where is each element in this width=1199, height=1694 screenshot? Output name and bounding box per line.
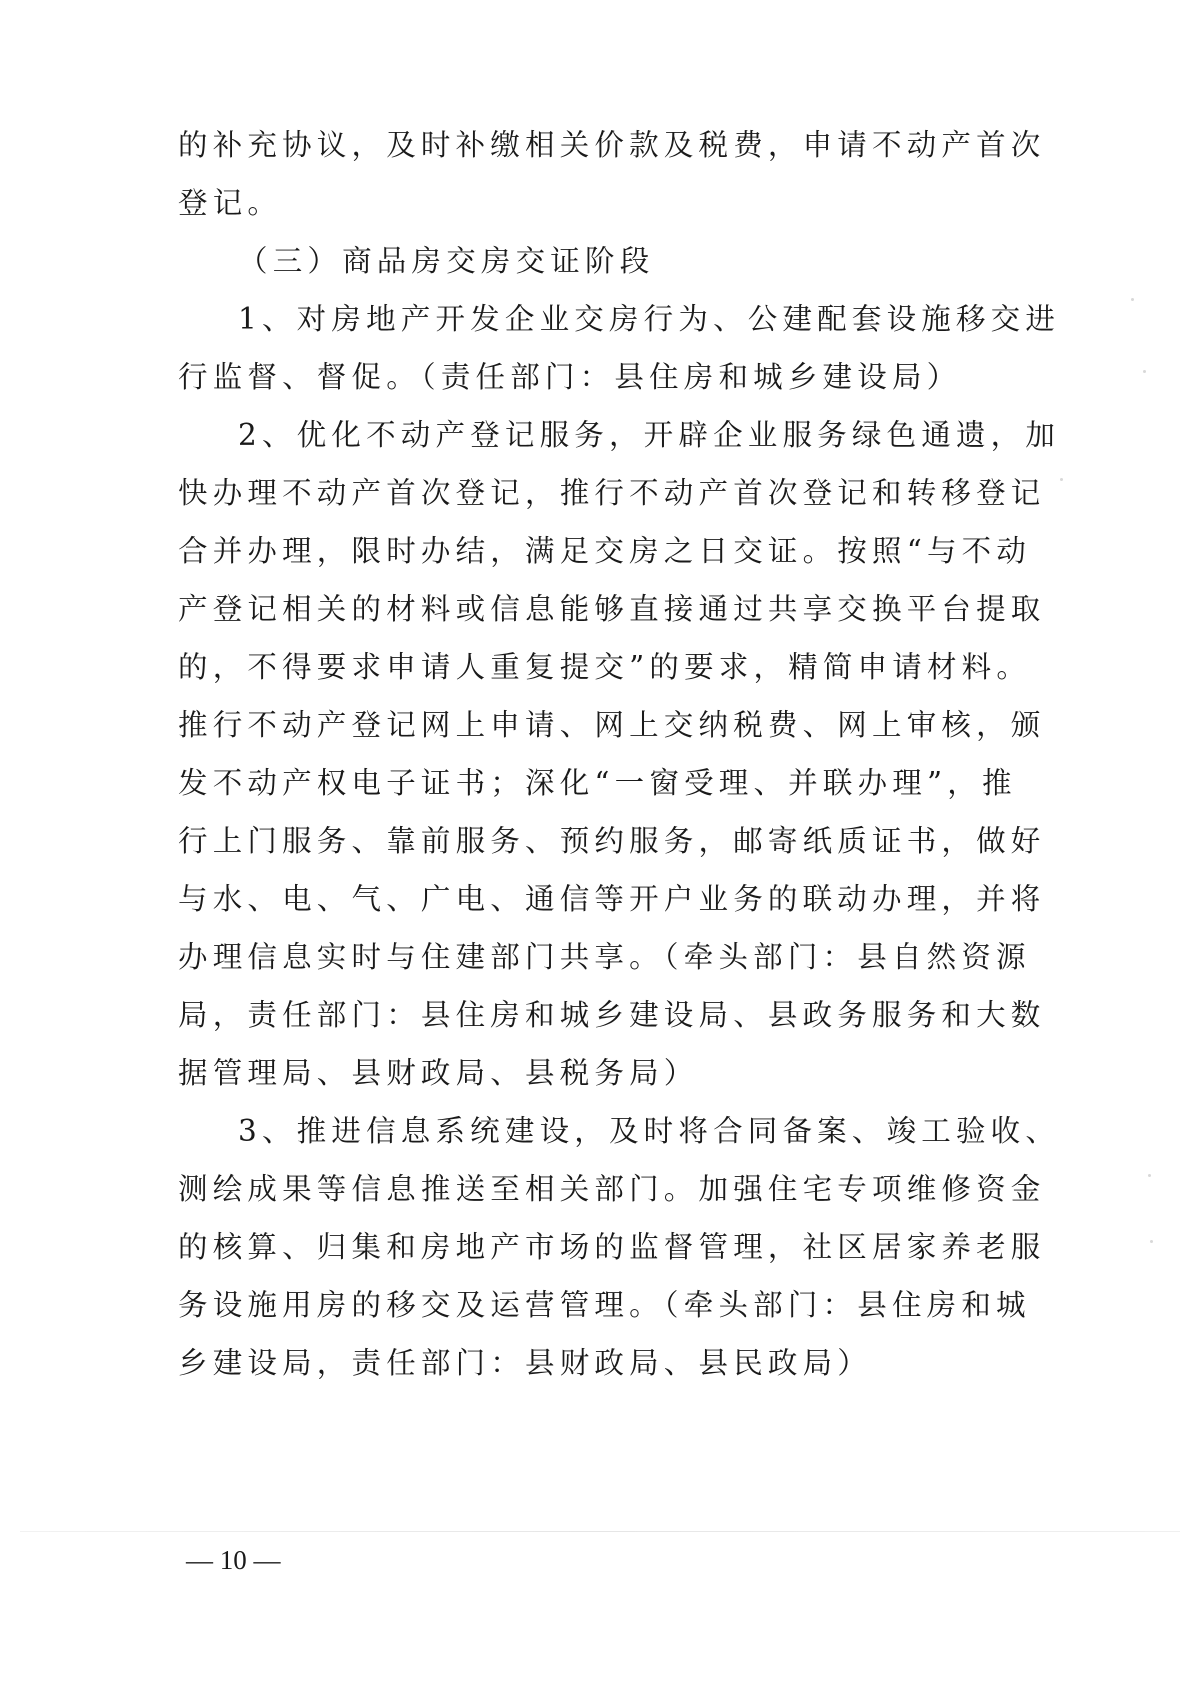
item-3-line-1: 3、推进信息系统建设，及时将合同备案、竣工验收、 bbox=[238, 1111, 1060, 1151]
scan-speck bbox=[1143, 370, 1146, 373]
scan-speck bbox=[1131, 298, 1134, 301]
page-number: — 10 — bbox=[186, 1543, 281, 1577]
section-heading-3: （三）商品房交房交证阶段 bbox=[238, 241, 654, 281]
text-line-1: 的补充协议，及时补缴相关价款及税费，申请不动产首次 bbox=[178, 125, 1046, 165]
item-3-line-5: 乡建设局，责任部门：县财政局、县民政局） bbox=[178, 1343, 872, 1383]
item-2-line-10: 办理信息实时与住建部门共享。（牵头部门：县自然资源 bbox=[178, 937, 1031, 977]
page-break-rule bbox=[20, 1531, 1180, 1532]
item-3-line-3: 的核算、归集和房地产市场的监督管理，社区居家养老服 bbox=[178, 1227, 1046, 1267]
item-2-line-2: 快办理不动产首次登记，推行不动产首次登记和转移登记 bbox=[178, 473, 1046, 513]
item-2-line-1: 2、优化不动产登记服务，开辟企业服务绿色通遗，加 bbox=[238, 415, 1060, 455]
item-2-line-4: 产登记相关的材料或信息能够直接通过共享交换平台提取 bbox=[178, 589, 1046, 629]
item-2-line-6: 推行不动产登记网上申请、网上交纳税费、网上审核，颁 bbox=[178, 705, 1046, 745]
item-2-line-3: 合并办理，限时办结，满足交房之日交证。按照“与不动 bbox=[178, 531, 1031, 571]
item-3-line-2: 测绘成果等信息推送至相关部门。加强住宅专项维修资金 bbox=[178, 1169, 1046, 1209]
item-3-line-4: 务设施用房的移交及运营管理。（牵头部门：县住房和城 bbox=[178, 1285, 1031, 1325]
scan-speck bbox=[1150, 1240, 1153, 1243]
item-1-line-1: 1、对房地产开发企业交房行为、公建配套设施移交进 bbox=[238, 299, 1060, 339]
item-2-line-5: 的，不得要求申请人重复提交”的要求，精简申请材料。 bbox=[178, 647, 1031, 687]
item-2-line-9: 与水、电、气、广电、通信等开户业务的联动办理，并将 bbox=[178, 879, 1046, 919]
text-line-2: 登记。 bbox=[178, 183, 282, 223]
scan-speck bbox=[1060, 478, 1063, 481]
item-2-line-8: 行上门服务、靠前服务、预约服务，邮寄纸质证书，做好 bbox=[178, 821, 1046, 861]
item-2-line-7: 发不动产权电子证书；深化“一窗受理、并联办理”，推 bbox=[178, 763, 1017, 803]
item-2-line-12: 据管理局、县财政局、县税务局） bbox=[178, 1053, 699, 1093]
scan-speck bbox=[1148, 1174, 1151, 1177]
item-1-line-2: 行监督、督促。（责任部门：县住房和城乡建设局） bbox=[178, 357, 961, 397]
item-2-line-11: 局，责任部门：县住房和城乡建设局、县政务服务和大数 bbox=[178, 995, 1046, 1035]
document-page: 的补充协议，及时补缴相关价款及税费，申请不动产首次 登记。 （三）商品房交房交证… bbox=[0, 0, 1199, 1694]
